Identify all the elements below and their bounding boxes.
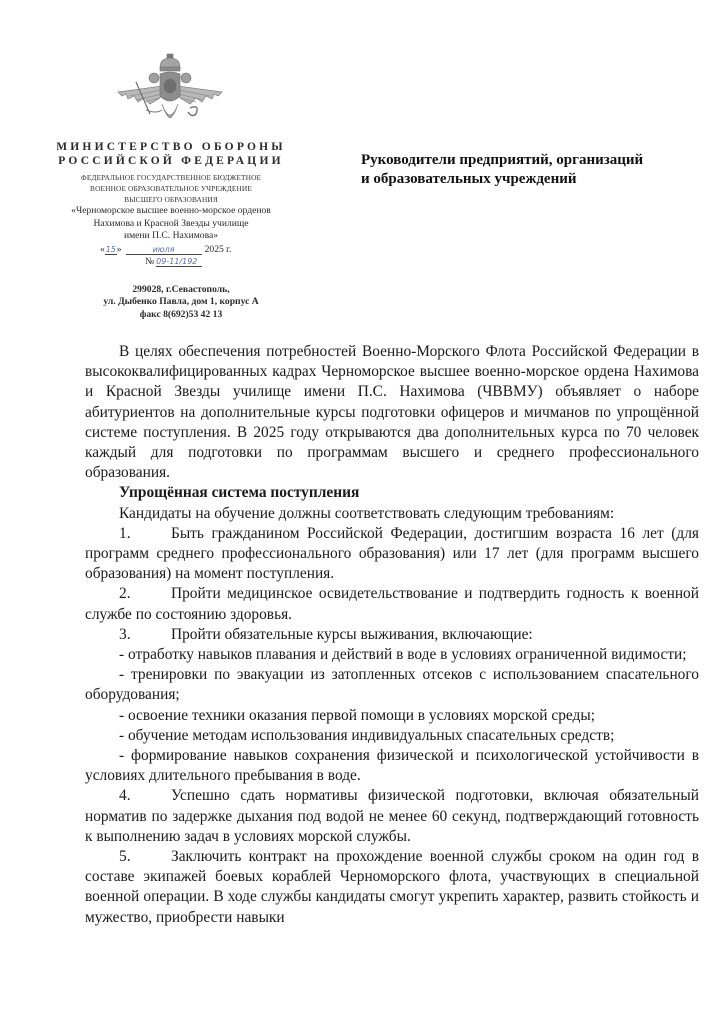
survival-course-item: - обучение методам использования индивид… [85, 726, 699, 746]
ministry-line-1: МИНИСТЕРСТВО ОБОРОНЫ [40, 140, 302, 154]
date-close-quote: » [117, 244, 122, 255]
address-line: факс 8(692)53 42 13 [50, 309, 312, 321]
intro-paragraph: В целях обеспечения потребностей Военно-… [85, 342, 699, 483]
requirement-item: 4.Успешно сдать нормативы физической под… [85, 786, 699, 847]
org-name-line: Нахимова и Красной Звезды училище [40, 218, 302, 231]
requirement-number: 2. [119, 584, 171, 604]
letter-number: №09-11/192 [145, 256, 202, 267]
requirement-text: Заключить контракт на прохождение военно… [85, 848, 699, 926]
requirement-item: 3.Пройти обязательные курсы выживания, в… [85, 625, 699, 645]
survival-course-item: - тренировки по эвакуации из затопленных… [85, 665, 699, 705]
addressee-line-2: и образовательных учреждений [361, 170, 701, 189]
letter-date: «15»июля2025 г. [100, 244, 250, 255]
requirement-text: Быть гражданином Российской Федерации, д… [85, 525, 699, 582]
requirement-number: 5. [119, 847, 171, 867]
requirement-number: 4. [119, 786, 171, 806]
date-month: июля [126, 245, 202, 255]
org-name-line: «Черноморское высшее военно-морское орде… [40, 205, 302, 218]
addressee: Руководители предприятий, организаций и … [361, 151, 701, 189]
ministry-line-2: РОССИЙСКОЙ ФЕДЕРАЦИИ [40, 154, 302, 168]
requirement-number: 1. [119, 524, 171, 544]
survival-course-item: - освоение техники оказания первой помощ… [85, 706, 699, 726]
address-line: 299028, г.Севастополь, [50, 284, 312, 296]
org-type-line: ВОЕННОЕ ОБРАЗОВАТЕЛЬНОЕ УЧРЕЖДЕНИЕ [40, 183, 302, 194]
org-type-line: ВЫСШЕГО ОБРАЗОВАНИЯ [40, 194, 302, 205]
address-line: ул. Дыбенко Павла, дом 1, корпус А [50, 296, 312, 308]
number-value: 09-11/192 [156, 257, 202, 267]
requirement-text: Успешно сдать нормативы физической подго… [85, 787, 699, 844]
ministry-title: МИНИСТЕРСТВО ОБОРОНЫ РОССИЙСКОЙ ФЕДЕРАЦИ… [40, 140, 302, 168]
section-heading: Упрощённая система поступления [85, 483, 699, 503]
date-day: 15 [105, 245, 117, 255]
org-type-block: ФЕДЕРАЛЬНОЕ ГОСУДАРСТВЕННОЕ БЮДЖЕТНОЕ ВО… [40, 172, 302, 205]
survival-course-item: - формирование навыков сохранения физиче… [85, 746, 699, 786]
document-page: МИНИСТЕРСТВО ОБОРОНЫ РОССИЙСКОЙ ФЕДЕРАЦИ… [0, 0, 724, 1024]
org-type-line: ФЕДЕРАЛЬНОЕ ГОСУДАРСТВЕННОЕ БЮДЖЕТНОЕ [40, 172, 302, 183]
requirements-intro: Кандидаты на обучение должны соответство… [85, 504, 699, 524]
requirement-number: 3. [119, 625, 171, 645]
requirement-text: Пройти медицинское освидетельствование и… [85, 585, 699, 622]
date-year: 2025 г. [205, 244, 232, 255]
org-name-line: имени П.С. Нахимова» [40, 230, 302, 243]
requirement-item: 1.Быть гражданином Российской Федерации,… [85, 524, 699, 585]
letter-body: В целях обеспечения потребностей Военно-… [85, 342, 699, 928]
org-name-block: «Черноморское высшее военно-морское орде… [40, 205, 302, 243]
address-block: 299028, г.Севастополь, ул. Дыбенко Павла… [50, 284, 312, 321]
requirement-item: 5.Заключить контракт на прохождение воен… [85, 847, 699, 928]
number-prefix: № [145, 256, 154, 267]
survival-course-item: - отработку навыков плавания и действий … [85, 645, 699, 665]
addressee-line-1: Руководители предприятий, организаций [361, 151, 701, 170]
double-headed-eagle-emblem-icon [116, 52, 224, 132]
requirement-text: Пройти обязательные курсы выживания, вкл… [171, 626, 533, 643]
requirement-item: 2.Пройти медицинское освидетельствование… [85, 584, 699, 624]
